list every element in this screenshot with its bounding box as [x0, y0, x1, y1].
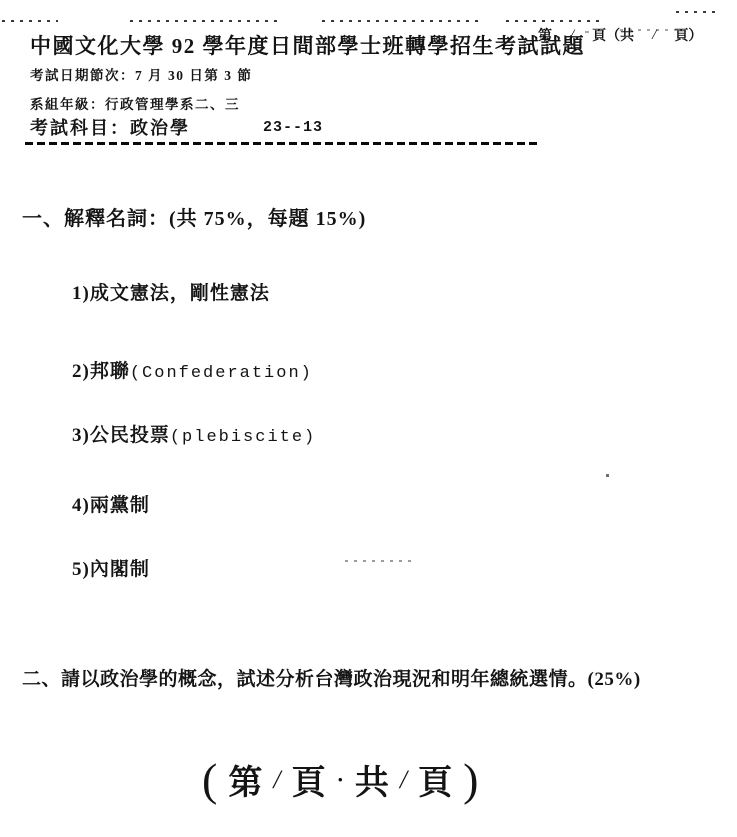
- definition-item-1: 1)成文憲法，剛性憲法: [72, 278, 270, 305]
- definition-item-2: 2)邦聯(Confederation): [72, 356, 313, 383]
- item-number: 1): [72, 283, 90, 304]
- item-latin-text: (plebiscite): [170, 428, 316, 447]
- definition-item-5: 5)內閣制: [72, 554, 150, 581]
- question2-score: (25%): [588, 669, 641, 690]
- item-text: 成文憲法，剛性憲法: [90, 283, 270, 304]
- handwritten-total-pages: /: [652, 27, 656, 44]
- item-number: 5): [72, 559, 90, 580]
- exam-paper-page: 中國文化大學 92 學年度日間部學士班轉學招生考試試題 第 / 頁（共 / 頁）…: [0, 0, 737, 837]
- item-latin-text: (Confederation): [130, 364, 313, 383]
- item-number: 2): [72, 361, 90, 382]
- dotted-scan-line: [676, 11, 720, 13]
- dotted-scan-line: [322, 20, 484, 22]
- question2-line: 二、請以政治學的概念，試述分析台灣政治現況和明年總統選情。(25%): [22, 664, 641, 691]
- page-indicator-label-first: 第: [538, 25, 552, 45]
- footer-page-char: 頁: [292, 755, 326, 804]
- exam-title: 中國文化大學 92 學年度日間部學士班轉學招生考試試題: [30, 30, 585, 60]
- department-line: 系組年級：行政管理學系二、三: [30, 93, 240, 113]
- definition-item-3: 3)公民投票(plebiscite): [72, 420, 316, 447]
- footer-total-char: 頁: [418, 755, 452, 804]
- item-number: 4): [72, 495, 90, 516]
- dashed-separator-line: [25, 142, 541, 145]
- item-text: 邦聯: [90, 361, 130, 382]
- subject-code: 23--13: [263, 119, 323, 136]
- handwritten-page-number: /: [273, 765, 280, 795]
- subject-line: 考試科目：政治學: [30, 114, 190, 140]
- footer-middle-dot: ·: [337, 767, 344, 793]
- item-text: 公民投票: [90, 425, 170, 446]
- definition-item-4: 4)兩黨制: [72, 490, 150, 517]
- item-number: 3): [72, 425, 90, 446]
- dotted-scan-line: [130, 20, 280, 22]
- item-text: 兩黨制: [90, 495, 150, 516]
- footer-close-paren: ): [463, 757, 478, 803]
- item-text: 內閣制: [90, 559, 150, 580]
- page-indicator: 第 / 頁（共 / 頁）: [538, 25, 702, 45]
- scan-noise-speck: [606, 474, 609, 477]
- exam-date-line: 考試日期節次：7 月 30 日第 3 節: [30, 64, 252, 84]
- page-indicator-label-mid: 頁（共: [592, 25, 634, 45]
- footer-label-first: 第: [228, 755, 262, 804]
- handwritten-total-pages: /: [400, 765, 407, 795]
- handwritten-page-number: /: [570, 27, 574, 44]
- footer-page-marker: ( 第 / 頁 · 共 / 頁 ): [202, 755, 478, 804]
- page-indicator-label-end: 頁）: [674, 25, 702, 45]
- dotted-scan-line: [506, 20, 602, 22]
- dotted-scan-line: [2, 20, 58, 22]
- question2-text: 二、請以政治學的概念，試述分析台灣政治現況和明年總統選情。: [22, 669, 588, 690]
- footer-open-paren: (: [202, 757, 217, 803]
- scan-noise-dashes: [345, 560, 417, 562]
- footer-label-total: 共: [355, 755, 389, 804]
- question1-heading: 一、解釋名詞：(共 75%，每題 15%): [22, 202, 366, 231]
